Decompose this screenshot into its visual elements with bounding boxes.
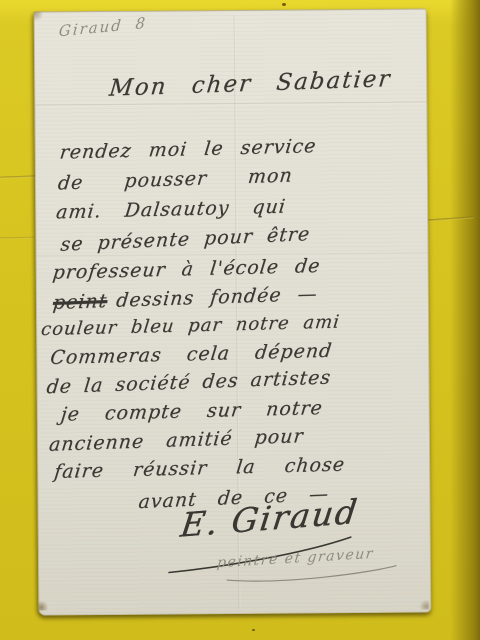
worn-corner [34,11,44,21]
letter-paper: Giraud 8 Mon cher Sabatier rendez moi le… [34,8,432,615]
dust-speck [282,3,286,6]
worn-corner [38,600,48,610]
backing-crease [0,175,37,178]
struck-word: peint [52,290,109,314]
dust-speck [252,629,255,631]
backing-crease [0,237,34,240]
photo-background: Giraud 8 Mon cher Sabatier rendez moi le… [0,0,480,640]
photo-edge-shadow-band [450,0,480,640]
worn-corner [419,599,429,609]
